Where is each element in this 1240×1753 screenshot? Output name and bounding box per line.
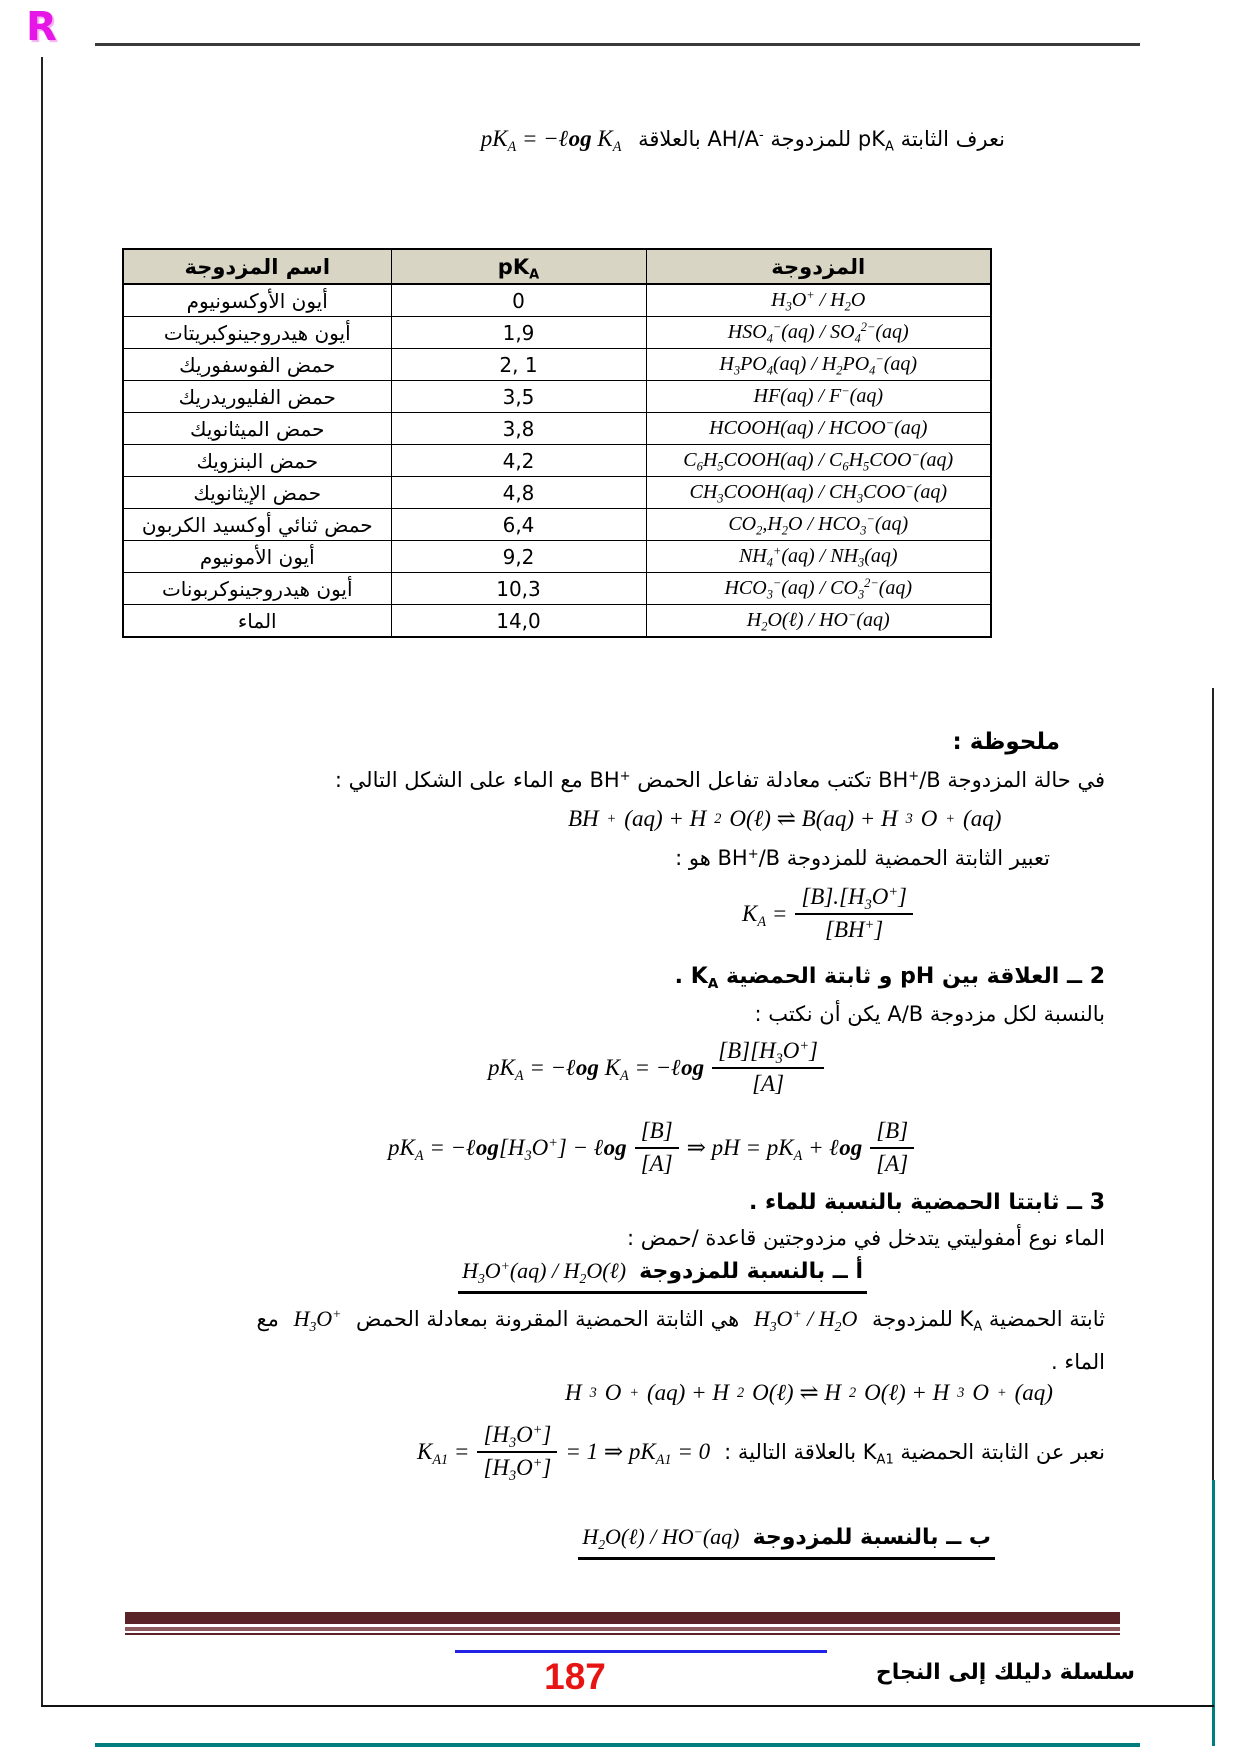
fraction-denominator: [A] — [746, 1069, 790, 1100]
footer-blue-line — [455, 1650, 827, 1653]
note-title: ملحوظة : — [953, 729, 1060, 755]
fraction-denominator: [H3O+] — [477, 1453, 557, 1484]
couple-formula-cell: CH3COOH(aq) / CH3COO−(aq) — [646, 477, 991, 509]
pka-value-cell: 4,2 — [391, 445, 646, 477]
subsection-b-couple-formula: H2O(ℓ) / HO−(aq) — [582, 1524, 739, 1550]
table-row: حمض الفوسفوريك2, 1H3PO4(aq) / H2PO4−(aq) — [123, 349, 991, 381]
eq-part-2: ⇒ pH = pKA + ℓog — [687, 1135, 863, 1161]
couple-formula-cell: NH4+(aq) / NH3(aq) — [646, 541, 991, 573]
pka-value-cell: 0 — [391, 284, 646, 317]
pka-value-cell: 1,9 — [391, 317, 646, 349]
note-line-1: في حالة المزدوجة BH+/B تكتب معادلة تفاعل… — [335, 768, 1105, 792]
couple-name-cell: أيون الأوكسونيوم — [123, 284, 391, 317]
table-row: أيون هيدروجينوكبريتات1,9HSO4−(aq) / SO42… — [123, 317, 991, 349]
couple-name-cell: أيون هيدروجينوكربونات — [123, 573, 391, 605]
section-3-line-1: الماء نوع أمفوليتي يتدخل في مزدوجتين قاع… — [627, 1226, 1105, 1250]
col-header-pka: pKA — [391, 249, 646, 284]
couple-formula-cell: H2O(ℓ) / HO−(aq) — [646, 605, 991, 638]
eq-fraction: [B] [A] — [635, 1116, 679, 1180]
series-title: سلسلة دليلك إلى النجاح — [876, 1660, 1135, 1685]
couple-name-cell: الماء — [123, 605, 391, 638]
fraction-numerator: [B] — [635, 1116, 679, 1149]
ka-expression: KA = [B].[H3O+] [BH+] — [742, 882, 913, 946]
pka-value-cell: 9,2 — [391, 541, 646, 573]
section-3-title: 3 ــ ثابتتا الحمضية بالنسبة للماء . — [749, 1190, 1105, 1215]
col-header-couple: المزدوجة — [646, 249, 991, 284]
pka-table: اسم المزدوجة pKA المزدوجة أيون الأوكسوني… — [122, 248, 992, 638]
intro-text: نعرف الثابتة pKA للمزدوجة AH/A-‎ بالعلاق… — [638, 127, 1005, 151]
section-2-title: 2 ــ العلاقة بين pH و ثابتة الحمضية KA . — [675, 964, 1105, 989]
couple-formula-cell: HCOOH(aq) / HCOO−(aq) — [646, 413, 991, 445]
table-row: أيون الأمونيوم9,2NH4+(aq) / NH3(aq) — [123, 541, 991, 573]
fraction-numerator: [B][H3O+] — [712, 1036, 824, 1069]
table-row: حمض الميثانويك3,8HCOOH(aq) / HCOO−(aq) — [123, 413, 991, 445]
ka1-line: نعبر عن الثابتة الحمضية KA1 بالعلاقة الت… — [417, 1420, 1105, 1484]
fraction-denominator: [A] — [635, 1149, 679, 1180]
pka-value-cell: 14,0 — [391, 605, 646, 638]
couple-name-cell: حمض البنزويك — [123, 445, 391, 477]
couple-formula-cell: C6H5COOH(aq) / C6H5COO−(aq) — [646, 445, 991, 477]
couple-name-cell: حمض الميثانويك — [123, 413, 391, 445]
table-row: حمض ثنائي أوكسيد الكربون6,4CO2,H2O / HCO… — [123, 509, 991, 541]
subsection-a-couple-formula: H3O+(aq) / H2O(ℓ) — [462, 1258, 626, 1284]
left-border-line — [41, 57, 43, 1705]
eq-part-1: pKA = −ℓog[H3O+] − ℓog — [388, 1135, 627, 1161]
right-border-line — [1212, 688, 1214, 1480]
couple-formula-cell: CO2,H2O / HCO3−(aq) — [646, 509, 991, 541]
ka1-fraction: [H3O+] [H3O+] — [477, 1420, 557, 1484]
pka-value-cell: 3,5 — [391, 381, 646, 413]
pka-value-cell: 6,4 — [391, 509, 646, 541]
table-row: حمض الفليوريدريك3,5HF(aq) / F−(aq) — [123, 381, 991, 413]
col-header-name: اسم المزدوجة — [123, 249, 391, 284]
pka-value-cell: 2, 1 — [391, 349, 646, 381]
page-number: 187 — [495, 1656, 655, 1698]
couple-formula-cell: H3PO4(aq) / H2PO4−(aq) — [646, 349, 991, 381]
fraction-numerator: [B] — [870, 1116, 914, 1149]
table-row: الماء14,0H2O(ℓ) / HO−(aq) — [123, 605, 991, 638]
ka-fraction: [B].[H3O+] [BH+] — [795, 882, 913, 946]
ka1-expression: KA1 = [H3O+] [H3O+] = 1 ⇒ pKA1 = 0 — [417, 1420, 710, 1484]
intro-line: نعرف الثابتة pKA للمزدوجة AH/A-‎ بالعلاق… — [481, 126, 1005, 152]
note-line-2: تعبير الثابتة الحمضية للمزدوجة BH+/B هو … — [675, 846, 1050, 870]
fraction-denominator: [A] — [870, 1149, 914, 1180]
couple-name-cell: حمض الإيثانويك — [123, 477, 391, 509]
couple-name-cell: حمض الفوسفوريك — [123, 349, 391, 381]
eq-fraction: [B] [A] — [870, 1116, 914, 1180]
ka-lhs: KA = — [742, 901, 787, 927]
subsection-b-heading: ب ــ بالنسبة للمزدوجة H2O(ℓ) / HO−(aq) — [578, 1524, 995, 1560]
couple-name-cell: حمض ثنائي أوكسيد الكربون — [123, 509, 391, 541]
ka1-lhs: KA1 = — [417, 1439, 469, 1465]
r-logo: R — [26, 4, 57, 50]
top-rule — [95, 43, 1140, 46]
pka-value-cell: 3,8 — [391, 413, 646, 445]
water-acidity-paragraph: ثابتة الحمضية KA للمزدوجة H3O+ / H2O هي … — [256, 1306, 1105, 1332]
couple-name-cell: أيون هيدروجينوكبريتات — [123, 317, 391, 349]
h3o-ion-formula: H3O+ — [294, 1306, 342, 1332]
bh-water-reaction-equation: BH+(aq) + H2O(ℓ) ⇌ B(aq) + H3O+(aq) — [568, 806, 1001, 832]
pka-log-equation: pKA = −ℓog KA = −ℓog [B][H3O+] [A] — [488, 1036, 824, 1100]
subsection-b-label: ب ــ بالنسبة للمزدوجة — [753, 1525, 991, 1550]
bottom-teal-rule — [95, 1743, 1140, 1747]
eq-lhs: pKA = −ℓog KA = −ℓog — [488, 1055, 704, 1081]
fraction-numerator: [H3O+] — [477, 1420, 557, 1453]
eq-fraction: [B][H3O+] [A] — [712, 1036, 824, 1100]
couple-formula-cell: HF(aq) / F−(aq) — [646, 381, 991, 413]
ka1-text: نعبر عن الثابتة الحمضية KA1 بالعلاقة الت… — [724, 1440, 1105, 1464]
h3o-h2o-couple: H3O+ / H2O — [754, 1306, 858, 1332]
paragraph-text: ثابتة الحمضية KA للمزدوجة — [872, 1307, 1105, 1331]
paragraph-text: هي الثابتة الحمضية المقرونة بمعادلة الحم… — [356, 1307, 739, 1331]
subsection-a-heading: أ ــ بالنسبة للمزدوجة H3O+(aq) / H2O(ℓ) — [458, 1258, 867, 1294]
couple-formula-cell: HSO4−(aq) / SO42−(aq) — [646, 317, 991, 349]
table-row: حمض الإيثانويك4,8CH3COOH(aq) / CH3COO−(a… — [123, 477, 991, 509]
footer-separator-line — [41, 1705, 1214, 1707]
pka-value-cell: 10,3 — [391, 573, 646, 605]
pka-definition-formula: pKA = −ℓog KA — [481, 126, 622, 152]
couple-formula-cell: HCO3−(aq) / CO32−(aq) — [646, 573, 991, 605]
paragraph-text: مع — [256, 1307, 278, 1331]
water-line: الماء . — [1051, 1350, 1105, 1374]
table-row: حمض البنزويك4,2C6H5COOH(aq) / C6H5COO−(a… — [123, 445, 991, 477]
couple-formula-cell: H3O+ / H2O — [646, 284, 991, 317]
ph-pka-equation: pKA = −ℓog[H3O+] − ℓog [B] [A] ⇒ pH = pK… — [388, 1116, 914, 1180]
water-exchange-equation: H3O+(aq) + H2O(ℓ) ⇌ H2O(ℓ) + H3O+(aq) — [565, 1380, 1053, 1406]
fraction-denominator: [BH+] — [819, 915, 889, 946]
ka1-result: = 1 ⇒ pKA1 = 0 — [565, 1439, 710, 1465]
table-row: أيون هيدروجينوكربونات10,3HCO3−(aq) / CO3… — [123, 573, 991, 605]
pka-value-cell: 4,8 — [391, 477, 646, 509]
subsection-a-label: أ ــ بالنسبة للمزدوجة — [639, 1259, 863, 1284]
section-2-line-1: بالنسبة لكل مزدوجة A/B يكن أن نكتب : — [754, 1002, 1105, 1026]
couple-name-cell: حمض الفليوريدريك — [123, 381, 391, 413]
table-header-row: اسم المزدوجة pKA المزدوجة — [123, 249, 991, 284]
table-row: أيون الأوكسونيوم0H3O+ / H2O — [123, 284, 991, 317]
document-page: { "header": { "logo": "R" }, "intro": { … — [0, 0, 1240, 1753]
footer-maroon-bar — [125, 1612, 1120, 1635]
couple-name-cell: أيون الأمونيوم — [123, 541, 391, 573]
fraction-numerator: [B].[H3O+] — [795, 882, 913, 915]
